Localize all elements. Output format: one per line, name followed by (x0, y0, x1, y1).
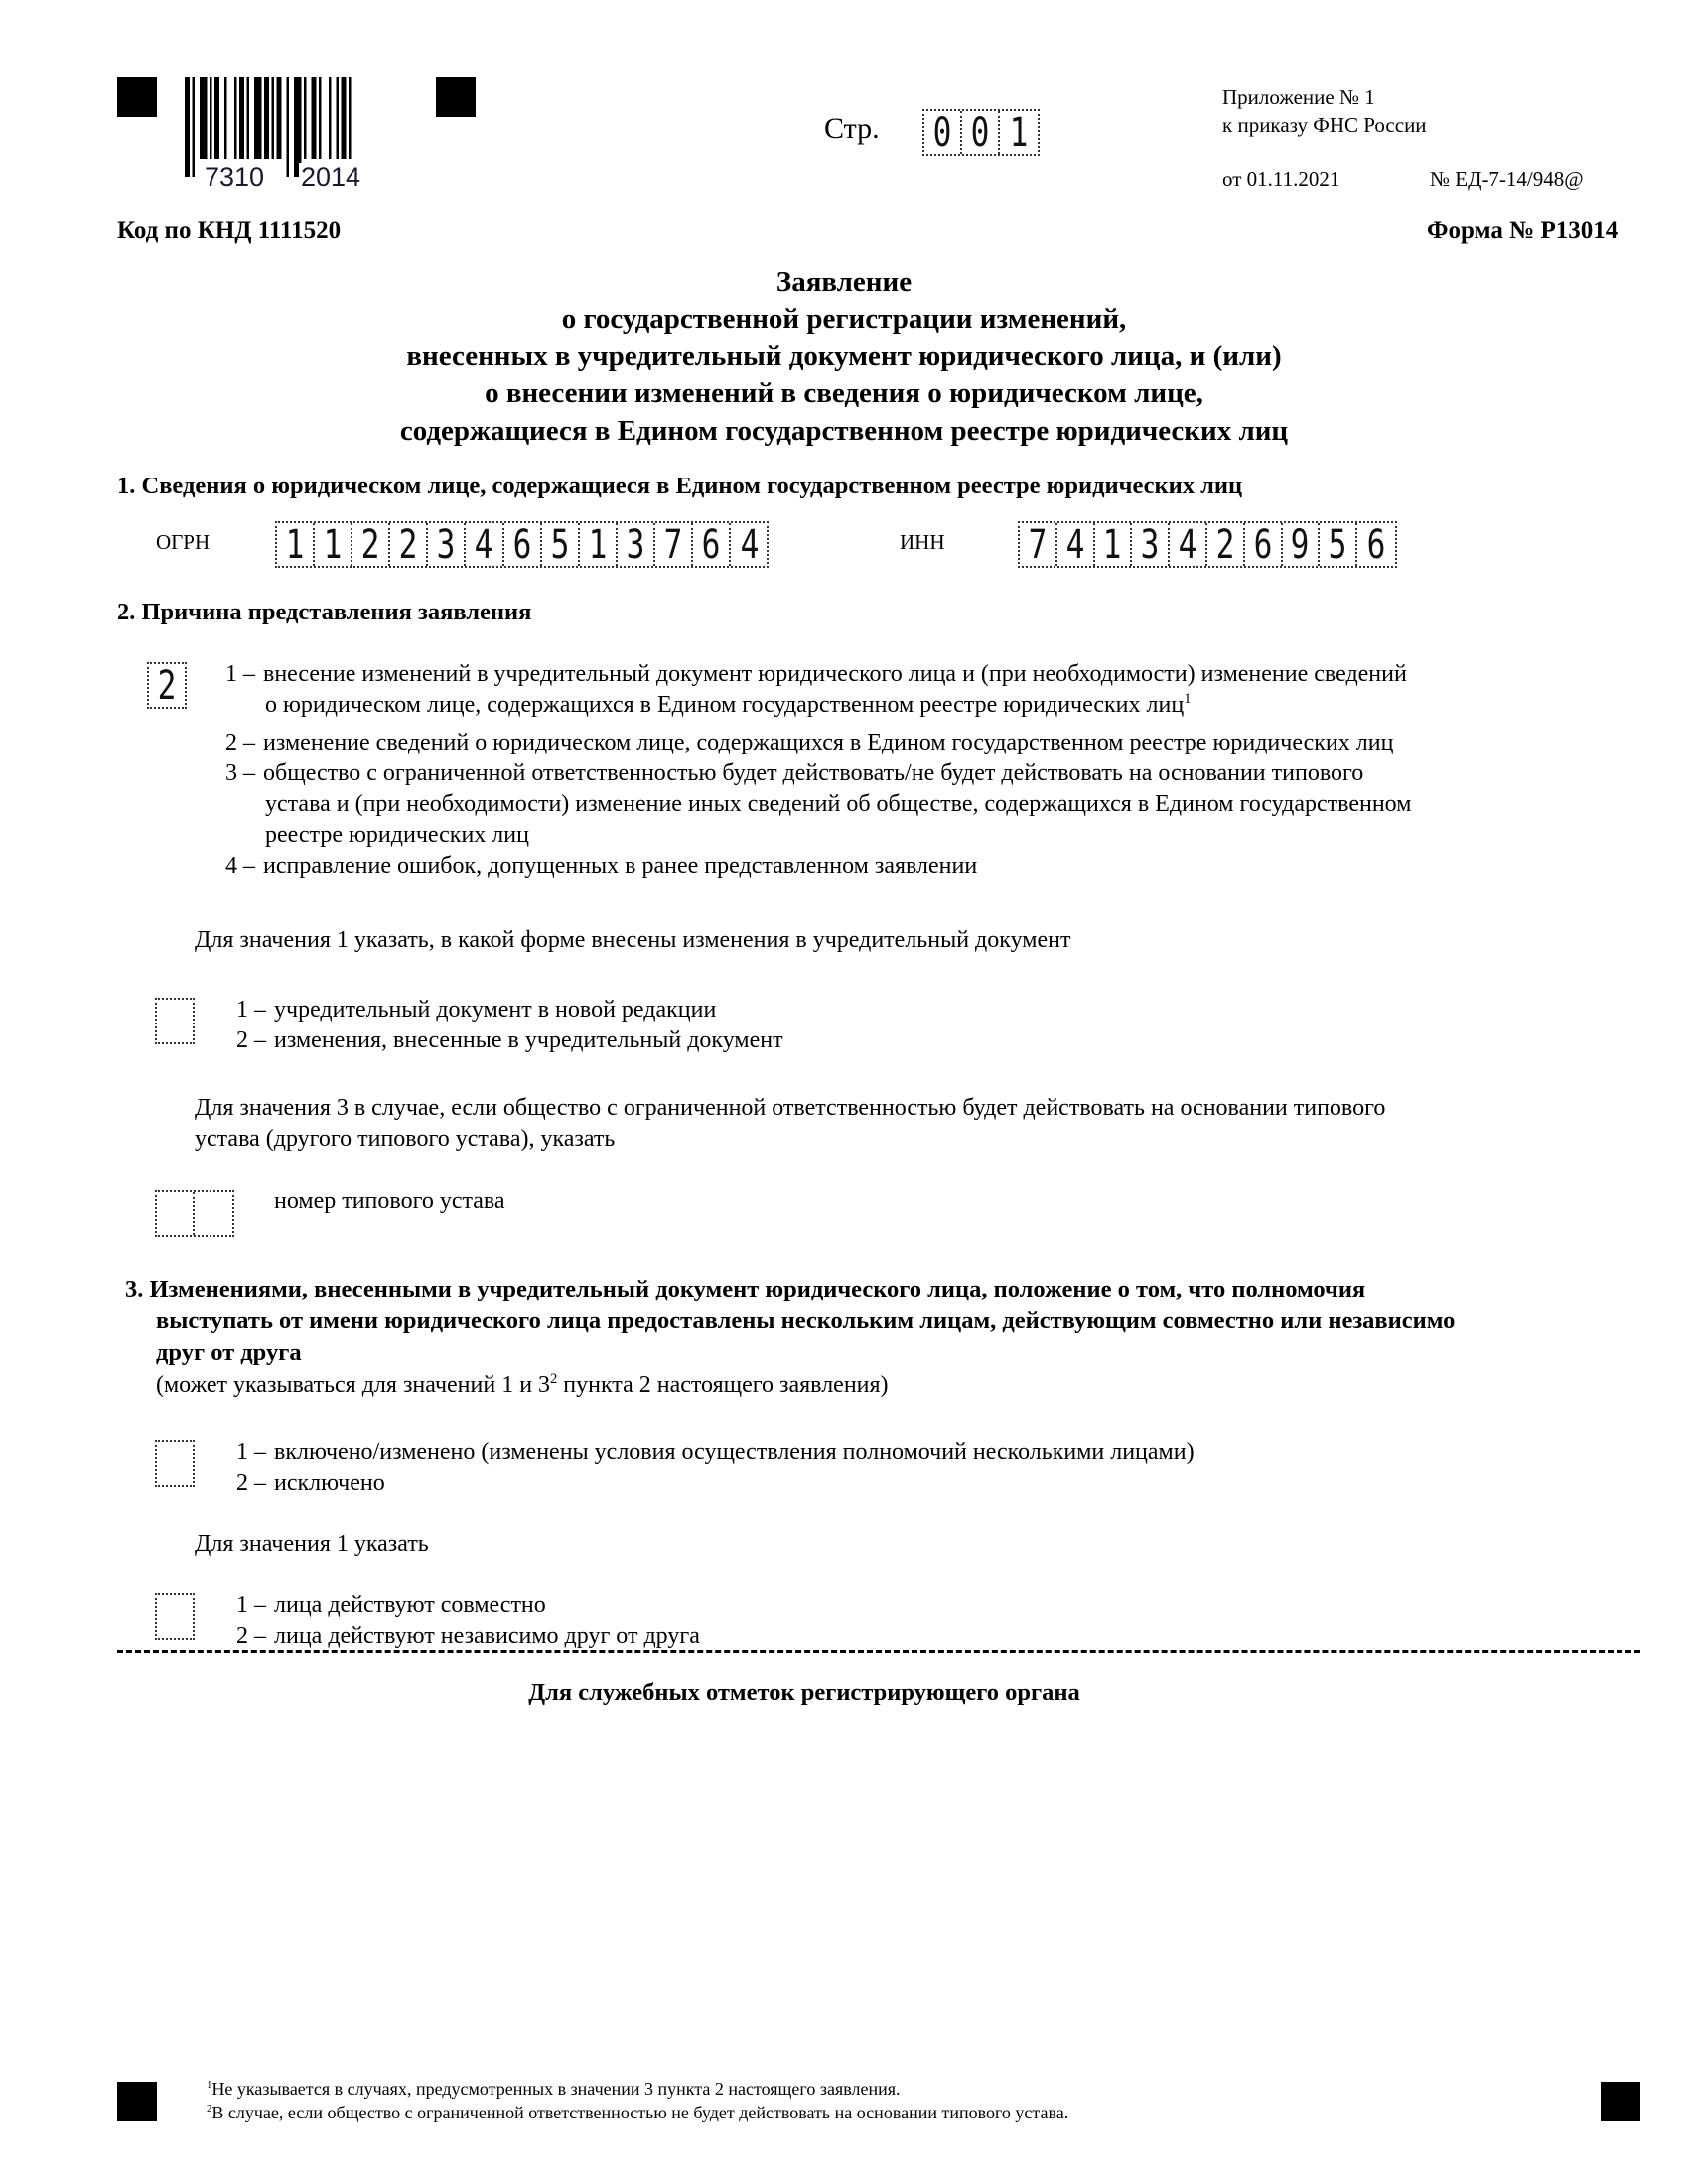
inn-label: ИНН (900, 529, 945, 555)
inn-field[interactable]: 7413426956 (1018, 521, 1397, 568)
barcode: 7310 2014 (185, 77, 401, 189)
inn-digit: 7 (1028, 525, 1047, 565)
page-number-field[interactable]: 001 (922, 109, 1040, 156)
value3-instruction-line1: Для значения 3 в случае, если общество с… (195, 1093, 1385, 1123)
mode-option-1: 1 –лица действуют совместно (236, 1590, 546, 1620)
reason-value: 2 (158, 666, 177, 706)
ogrn-digit: 7 (664, 525, 683, 565)
page-number-digit: 1 (1010, 113, 1029, 153)
ogrn-cell: 5 (542, 523, 580, 566)
acting-mode-field[interactable] (155, 1593, 195, 1640)
section1-heading: 1. Сведения о юридическом лице, содержащ… (117, 472, 1242, 501)
footnote-ref-1: 1 (1184, 691, 1191, 707)
charter-number-cell (157, 1192, 195, 1235)
ogrn-digit: 5 (550, 525, 569, 565)
reason-option-3-line3: реестре юридических лиц (265, 820, 529, 850)
reason-field[interactable]: 2 (147, 662, 187, 709)
charter-number-field[interactable] (155, 1190, 234, 1237)
document-title-line3: внесенных в учредительный документ юриди… (0, 339, 1688, 375)
inn-digit: 5 (1329, 525, 1347, 565)
status-option-1: 1 –включено/изменено (изменены условия о… (236, 1437, 1195, 1467)
inn-cell: 2 (1207, 523, 1245, 566)
alignment-marker-bottom-left (117, 2082, 157, 2121)
appendix-line1: Приложение № 1 (1222, 84, 1375, 110)
ogrn-digit: 1 (588, 525, 607, 565)
inn-cell: 6 (1357, 523, 1395, 566)
section3-note: (может указываться для значений 1 и 32 п… (156, 1370, 889, 1400)
cut-line-divider (117, 1650, 1640, 1653)
inn-digit: 9 (1291, 525, 1310, 565)
ogrn-cell: 7 (655, 523, 693, 566)
inn-digit: 4 (1065, 525, 1084, 565)
inn-cell: 7 (1020, 523, 1057, 566)
reason-option-2: 2 –изменение сведений о юридическом лице… (225, 728, 1393, 757)
reason-option-1-line1: 1 –внесение изменений в учредительный до… (225, 659, 1407, 689)
ogrn-cell: 3 (428, 523, 466, 566)
form-of-changes-field[interactable] (155, 998, 195, 1044)
inn-cell: 4 (1170, 523, 1207, 566)
ogrn-field[interactable]: 1122346513764 (275, 521, 769, 568)
ogrn-digit: 4 (741, 525, 760, 565)
ogrn-cell: 4 (466, 523, 503, 566)
inn-cell: 9 (1283, 523, 1321, 566)
footnote-1: 1Не указывается в случаях, предусмотренн… (207, 2078, 901, 2100)
inn-cell: 4 (1057, 523, 1095, 566)
section3-heading-line3: друг от друга (156, 1338, 302, 1368)
charter-number-cell (195, 1192, 232, 1235)
page-number-cell: 0 (962, 111, 1000, 154)
ogrn-cell: 1 (580, 523, 618, 566)
ogrn-cell: 3 (618, 523, 655, 566)
inn-digit: 6 (1253, 525, 1272, 565)
document-title-line2: о государственной регистрации изменений, (0, 301, 1688, 338)
ogrn-cell: 6 (693, 523, 731, 566)
value1-instruction: Для значения 1 указать, в какой форме вн… (195, 925, 1070, 955)
status-option-2: 2 –исключено (236, 1468, 385, 1498)
reason-option-3-line2: устава и (при необходимости) изменение и… (265, 789, 1411, 819)
mode-option-2: 2 –лица действуют независимо друг от дру… (236, 1621, 700, 1651)
ogrn-digit: 3 (437, 525, 456, 565)
inn-digit: 6 (1367, 525, 1386, 565)
ogrn-cell: 6 (504, 523, 542, 566)
ogrn-digit: 6 (512, 525, 531, 565)
ogrn-digit: 1 (286, 525, 305, 565)
reason-option-3-line1: 3 –общество с ограниченной ответственнос… (225, 758, 1363, 788)
order-date: от 01.11.2021 (1222, 166, 1339, 192)
ogrn-label: ОГРН (156, 529, 210, 555)
inn-cell: 5 (1320, 523, 1357, 566)
section3-value1-instruction: Для значения 1 указать (195, 1529, 429, 1559)
alignment-marker-bottom-right (1601, 2082, 1640, 2121)
ogrn-digit: 2 (399, 525, 418, 565)
barcode-left-digits: 7310 (203, 163, 266, 191)
knd-code: Код по КНД 1111520 (117, 216, 341, 246)
alignment-marker-top-right (436, 77, 476, 117)
powers-status-field[interactable] (155, 1440, 195, 1487)
ogrn-cell: 2 (352, 523, 390, 566)
page-label: Стр. (824, 111, 880, 147)
form-option-1: 1 –учредительный документ в новой редакц… (236, 995, 716, 1024)
appendix-line2: к приказу ФНС России (1222, 112, 1427, 138)
section3-heading-line2: выступать от имени юридического лица пре… (156, 1306, 1455, 1336)
inn-digit: 4 (1179, 525, 1197, 565)
document-title: Заявление (0, 264, 1688, 301)
section3-heading-line1: 3. Изменениями, внесенными в учредительн… (125, 1275, 1365, 1304)
page-number-digit: 0 (971, 113, 990, 153)
ogrn-cell: 1 (277, 523, 315, 566)
inn-cell: 6 (1245, 523, 1283, 566)
reason-option-4: 4 –исправление ошибок, допущенных в ране… (225, 851, 977, 881)
barcode-right-digits: 2014 (299, 163, 362, 191)
inn-digit: 2 (1215, 525, 1234, 565)
value3-instruction-line2: устава (другого типового устава), указат… (195, 1124, 615, 1154)
document-title-line4: о внесении изменений в сведения о юридич… (0, 375, 1688, 412)
ogrn-digit: 3 (626, 525, 644, 565)
alignment-marker-top-left (117, 77, 157, 117)
form-number: Форма № Р13014 (1427, 216, 1618, 246)
page-number-digit: 0 (933, 113, 952, 153)
footnote-2: 2В случае, если общество с ограниченной … (207, 2102, 1068, 2123)
ogrn-cell: 4 (731, 523, 769, 566)
ogrn-digit: 1 (324, 525, 343, 565)
ogrn-cell: 2 (390, 523, 428, 566)
section2-heading: 2. Причина представления заявления (117, 598, 531, 627)
ogrn-digit: 2 (361, 525, 380, 565)
form-option-2: 2 –изменения, внесенные в учредительный … (236, 1025, 783, 1055)
reason-cell: 2 (149, 664, 185, 707)
inn-digit: 3 (1141, 525, 1160, 565)
order-number: № ЕД-7-14/948@ (1430, 166, 1584, 192)
document-title-line5: содержащиеся в Едином государственном ре… (0, 413, 1688, 450)
reason-option-1-line2: о юридическом лице, содержащихся в Едино… (265, 690, 1191, 720)
inn-cell: 1 (1095, 523, 1133, 566)
ogrn-cell: 1 (315, 523, 352, 566)
ogrn-digit: 4 (475, 525, 493, 565)
page-number-cell: 1 (1000, 111, 1038, 154)
official-marks-heading: Для служебных отметок регистрирующего ор… (0, 1678, 1609, 1707)
charter-number-label: номер типового устава (274, 1186, 505, 1216)
inn-cell: 3 (1132, 523, 1170, 566)
page-number-cell: 0 (924, 111, 962, 154)
inn-digit: 1 (1103, 525, 1122, 565)
ogrn-digit: 6 (702, 525, 721, 565)
